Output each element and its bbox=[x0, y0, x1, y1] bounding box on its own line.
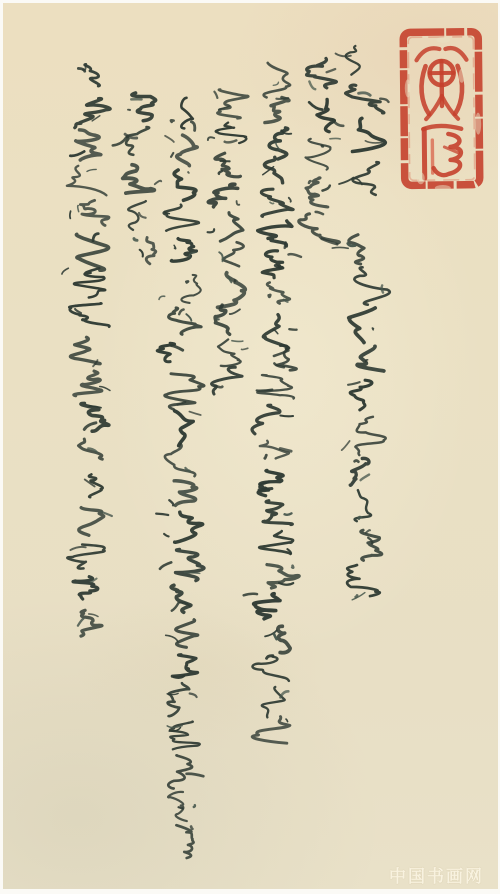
seal-top-glyph bbox=[416, 48, 467, 119]
calligraphy-column bbox=[208, 90, 249, 395]
seal bbox=[403, 32, 482, 192]
calligraphy-column bbox=[244, 63, 301, 743]
seal-bottom-glyph bbox=[423, 126, 462, 178]
calligraphy-column bbox=[113, 93, 161, 264]
calligraphy-layer bbox=[0, 0, 500, 894]
calligraphy-column bbox=[156, 98, 204, 858]
calligraphy-column bbox=[62, 64, 112, 636]
calligraphy-column bbox=[332, 46, 389, 600]
calligraphy-column bbox=[299, 58, 344, 244]
seal-border bbox=[403, 32, 480, 186]
watermark: 中国书画网 bbox=[389, 862, 484, 887]
